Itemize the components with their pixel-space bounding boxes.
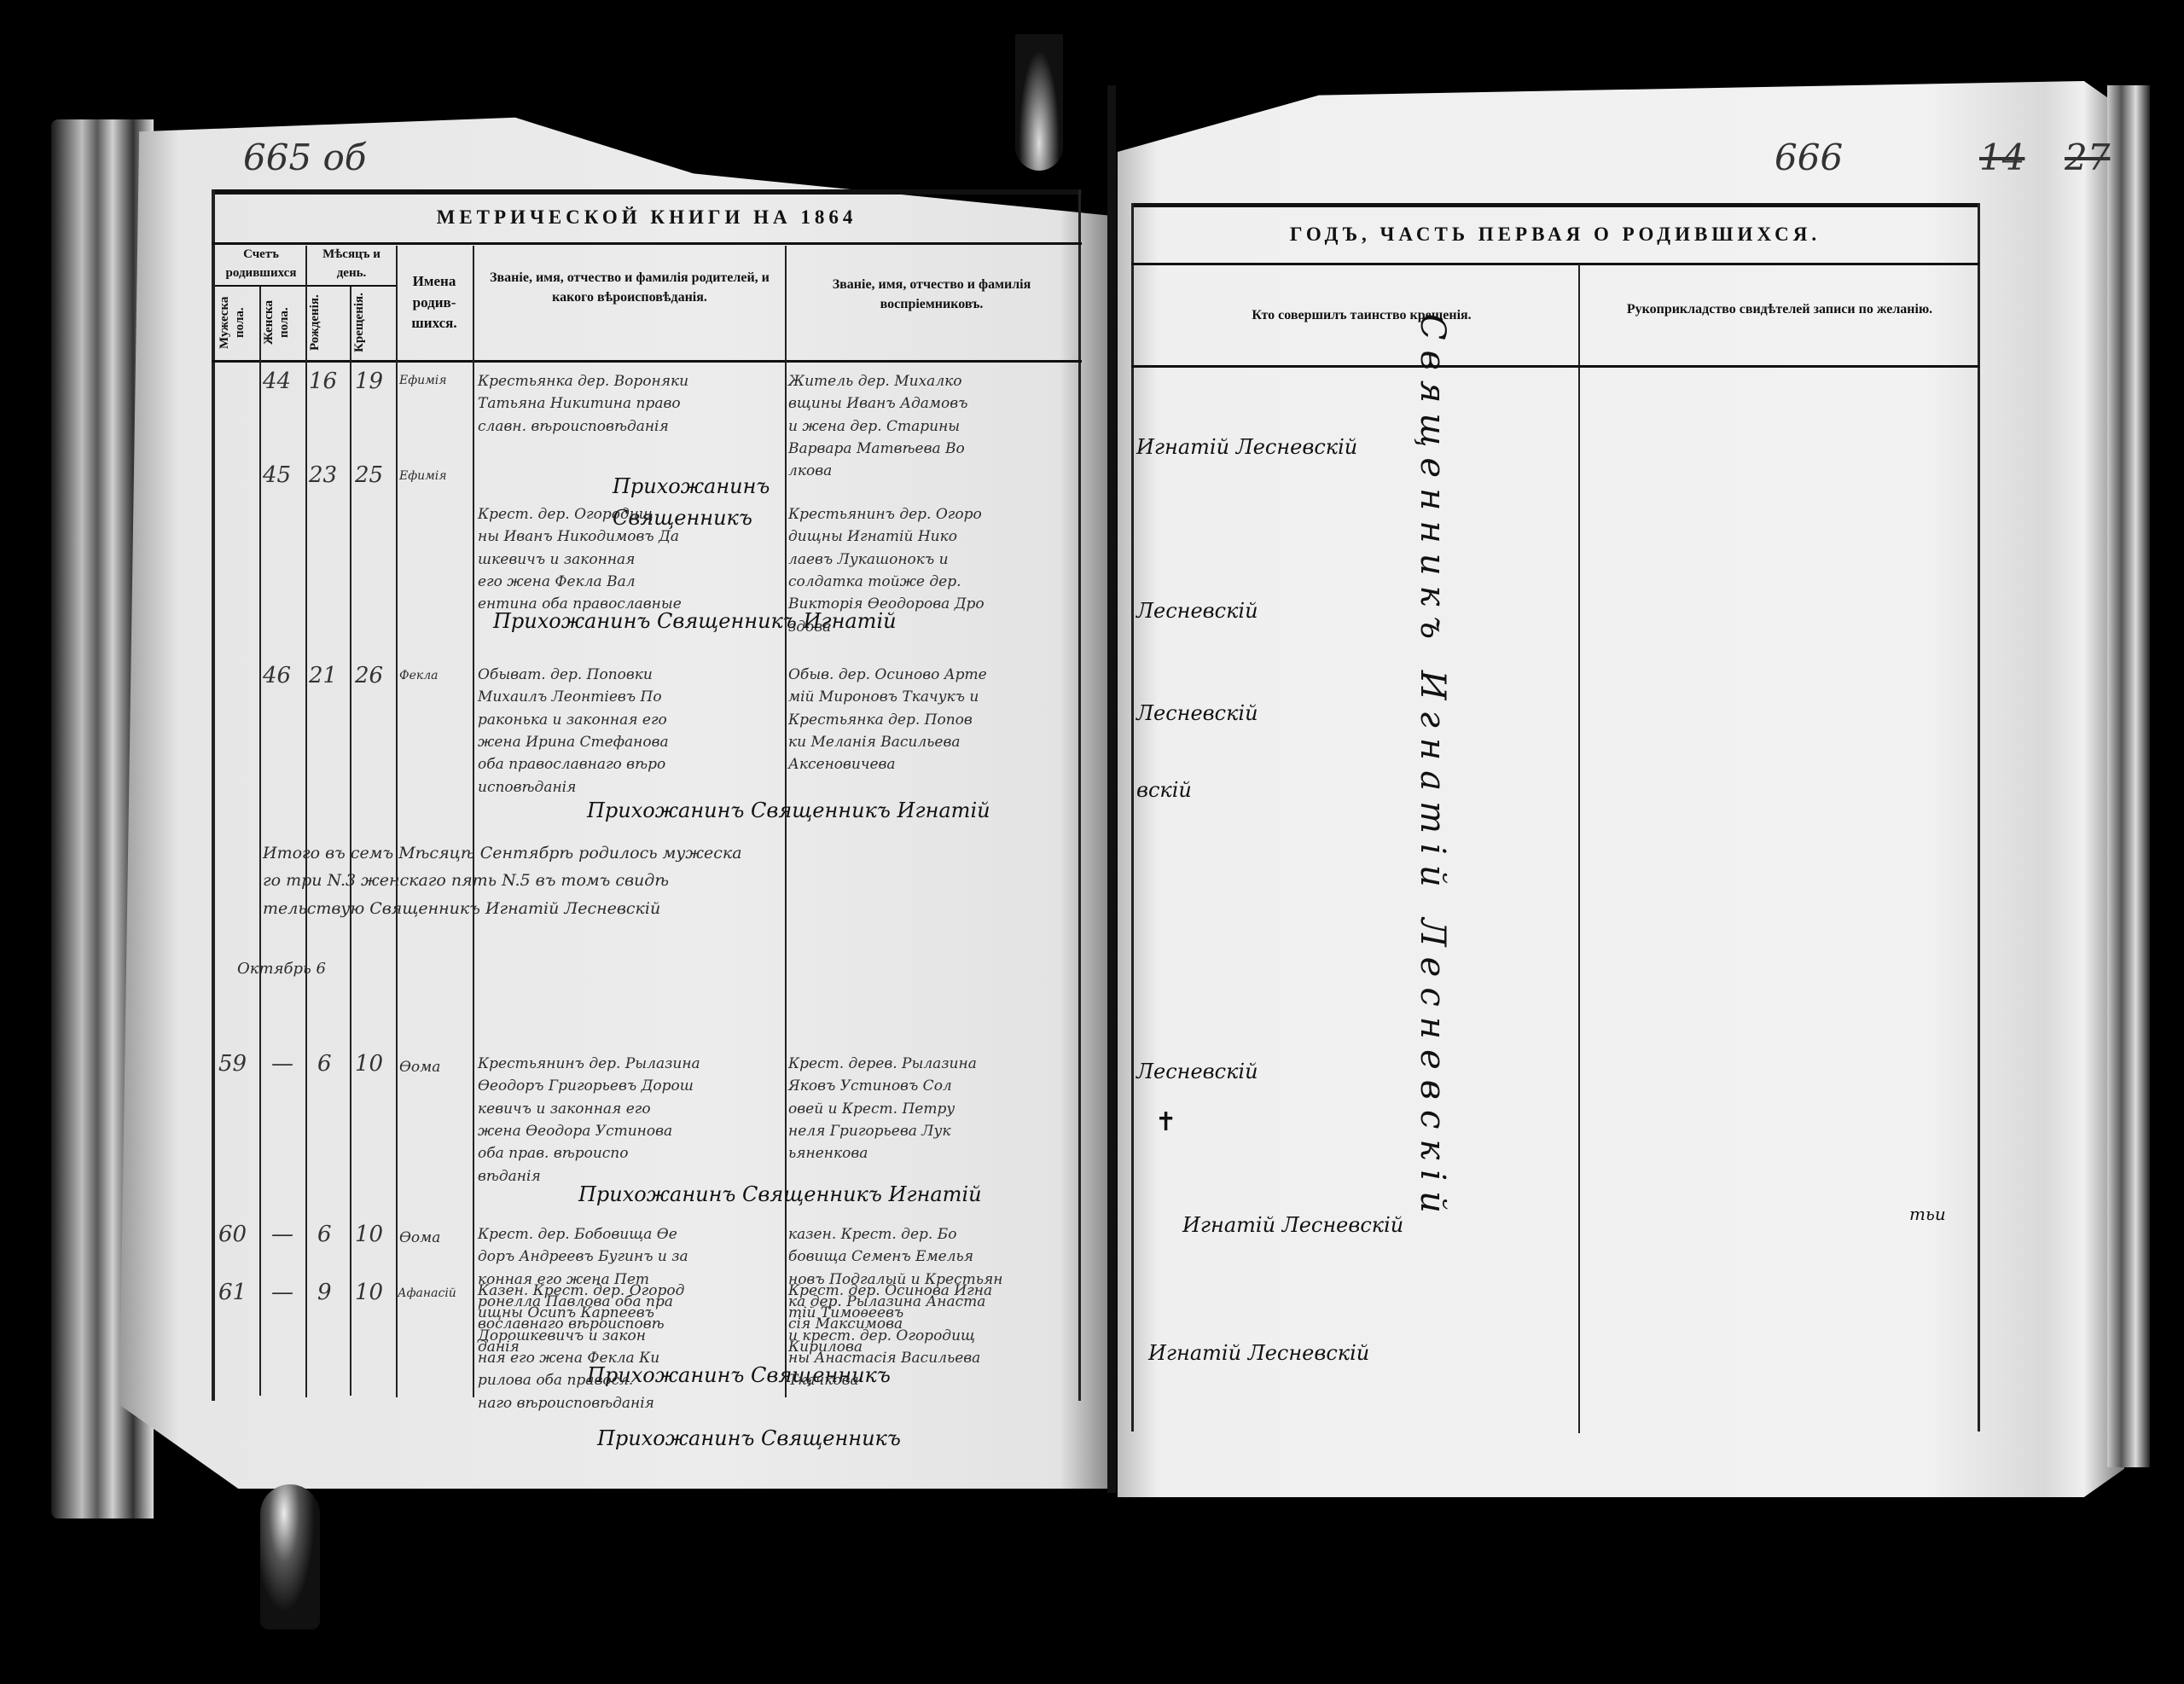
entry-60-baptism: 10 — [355, 1222, 383, 1247]
officiant-entry-45: Лесневскій — [1136, 595, 1258, 627]
october-month-marker: Октябрь 6 — [237, 957, 408, 981]
entry-61-female: — — [271, 1280, 293, 1305]
right-page-edges — [2107, 85, 2150, 1467]
officiant-summary-fragment: вскій — [1136, 775, 1192, 806]
book-spine — [1107, 85, 1116, 1493]
entry-61-name: Афанасій — [398, 1285, 474, 1304]
entry-46-name: Фекла — [399, 667, 473, 686]
entry-61-parents: Казен. Крест. дер. Огород­ ищны Осипъ Ка… — [478, 1280, 785, 1414]
entry-44-parents: Крестьянка дер. Вороняки Татьяна Никитин… — [478, 370, 785, 438]
left-border — [1131, 203, 1134, 1431]
right-border — [1078, 189, 1081, 1401]
left-register-table: МЕТРИЧЕСКОЙ КНИГИ НА 1864 Счетъ родивших… — [212, 189, 1082, 1401]
header-date-birth: Рожде­нія. — [307, 288, 350, 357]
binder-clip-top-icon — [1015, 34, 1063, 171]
header-date-group: Мѣсяцъ и день. — [307, 246, 396, 283]
entry-59-birth: 6 — [317, 1051, 332, 1077]
header-officiant: Кто совершилъ таинство крещенія. — [1165, 305, 1558, 325]
header-count-male: Мужеска пола. — [217, 288, 259, 357]
september-summary-note: Итого въ семъ Мѣсяцѣ Сентябрѣ родилось м… — [263, 839, 1073, 922]
entry-61-signature: Прихожанинъ Священникъ — [597, 1423, 1075, 1455]
header-bottom-rule — [212, 360, 1082, 363]
entry-45-female: 45 — [263, 462, 291, 488]
vertical-priest-signature: Священникъ Игнатій Лесневскій — [1413, 314, 1452, 1406]
officiant-entry-60: Игнатій Лесневскій — [1182, 1210, 1403, 1241]
officiant-entry-44: Игнатій Лесневскій — [1136, 432, 1357, 463]
header-names: Имена родив­шихся. — [398, 271, 471, 334]
header-date-baptism: Креще­нія. — [351, 288, 394, 357]
entry-59-godparents: Крест. дерев. Рылазина Яковъ Устиновъ Со… — [788, 1053, 1078, 1165]
entry-45-name: Ефимія — [399, 467, 473, 486]
entry-59-male: 59 — [218, 1051, 247, 1077]
entry-59-baptism: 10 — [355, 1051, 383, 1077]
entry-59-parents: Крестьянинъ дер. Рылазина Ѳеодоръ Григор… — [478, 1053, 785, 1188]
right-title: ГОДЪ, ЧАСТЬ ПЕРВАЯ О РОДИВШИХСЯ. — [1131, 224, 1979, 246]
entry-59-signature: Прихожанинъ Священникъ Игнатій — [578, 1179, 1073, 1211]
entry-59-female: — — [271, 1051, 293, 1077]
header-parents: Званіе, имя, отчество и фамилія родителе… — [476, 268, 783, 307]
entry-60-birth: 6 — [317, 1222, 332, 1247]
officiant-entry-46: Лесневскій — [1136, 698, 1258, 729]
entry-60-female: — — [271, 1222, 293, 1247]
entry-46-female: 46 — [263, 663, 291, 688]
margin-mark: тьи — [1909, 1201, 1946, 1228]
officiant-entry-59: Лесневскій — [1136, 1056, 1258, 1088]
col-line — [396, 246, 398, 1397]
entry-44-name: Ефимія — [399, 372, 473, 391]
entry-60-male: 60 — [218, 1222, 247, 1247]
header-count-group: Счетъ родившихся — [217, 246, 305, 283]
entry-45-birth: 23 — [309, 462, 337, 488]
entry-60-name: Ѳома — [399, 1227, 473, 1249]
entry-46-signature: Прихожанинъ Священникъ Игнатій — [587, 795, 1073, 827]
right-register-table: ГОДЪ, ЧАСТЬ ПЕРВАЯ О РОДИВШИХСЯ. Кто сов… — [1131, 203, 1979, 1431]
binder-clip-bottom-icon — [260, 1484, 320, 1629]
top-rule — [212, 189, 1082, 195]
entry-46-baptism: 26 — [355, 663, 383, 688]
entry-61-godparents: Крест. дер. Осинова Игна­ тій Тимоѳеевъ … — [788, 1280, 1078, 1392]
entry-61-baptism: 10 — [355, 1280, 383, 1305]
entry-59-name: Ѳома — [399, 1056, 473, 1078]
entry-44-godparents: Житель дер. Михалко­ вщины Иванъ Адамовъ… — [788, 370, 1078, 483]
entry-45-signature: Прихожанинъ Священникъ Игнатій — [493, 606, 1073, 637]
cross-mark-icon: ✝ — [1155, 1107, 1176, 1137]
right-border — [1978, 203, 1980, 1431]
left-title: МЕТРИЧЕСКОЙ КНИГИ НА 1864 — [212, 206, 1082, 229]
entry-44-baptism: 19 — [355, 369, 383, 394]
col-line — [1578, 264, 1580, 1433]
entry-45-baptism: 25 — [355, 462, 383, 488]
archive-mark-2: 27 — [2065, 136, 2110, 178]
left-border — [212, 189, 215, 1401]
header-godparents: Званіе, имя, отчество и фа­милія воспріе… — [788, 275, 1075, 314]
officiant-entry-61: Игнатій Лесневскій — [1148, 1338, 1369, 1369]
title-rule — [212, 242, 1082, 245]
entry-44-birth: 16 — [309, 369, 337, 394]
col-line — [305, 246, 307, 1397]
right-page-number: 666 — [1774, 136, 1843, 178]
entry-46-parents: Обыват. дер. Поповки Михаилъ Леонтіевъ П… — [478, 664, 785, 798]
header-count-female: Женска пола. — [261, 288, 304, 357]
entry-61-male: 61 — [218, 1280, 247, 1305]
shadow-wedge — [1045, 1501, 1122, 1604]
col-line — [473, 246, 474, 1397]
entry-46-birth: 21 — [309, 663, 337, 688]
col-line — [259, 287, 261, 1396]
left-page-number: 665 об — [243, 136, 366, 178]
entry-46-godparents: Обыв. дер. Осиново Арте­ мій Мироновъ Тк… — [788, 664, 1078, 776]
entry-45-parents: Крест. дер. Огородищ­ ны Иванъ Никодимов… — [478, 503, 785, 616]
archive-mark-1: 14 — [1979, 136, 2024, 178]
header-bottom-rule — [1131, 365, 1979, 368]
entry-61-birth: 9 — [317, 1280, 332, 1305]
header-witnesses: Рукоприкладство свидѣтелей записи по жел… — [1592, 297, 1967, 322]
top-rule — [1131, 203, 1979, 207]
entry-44-female: 44 — [263, 369, 291, 394]
title-rule — [1131, 263, 1979, 265]
